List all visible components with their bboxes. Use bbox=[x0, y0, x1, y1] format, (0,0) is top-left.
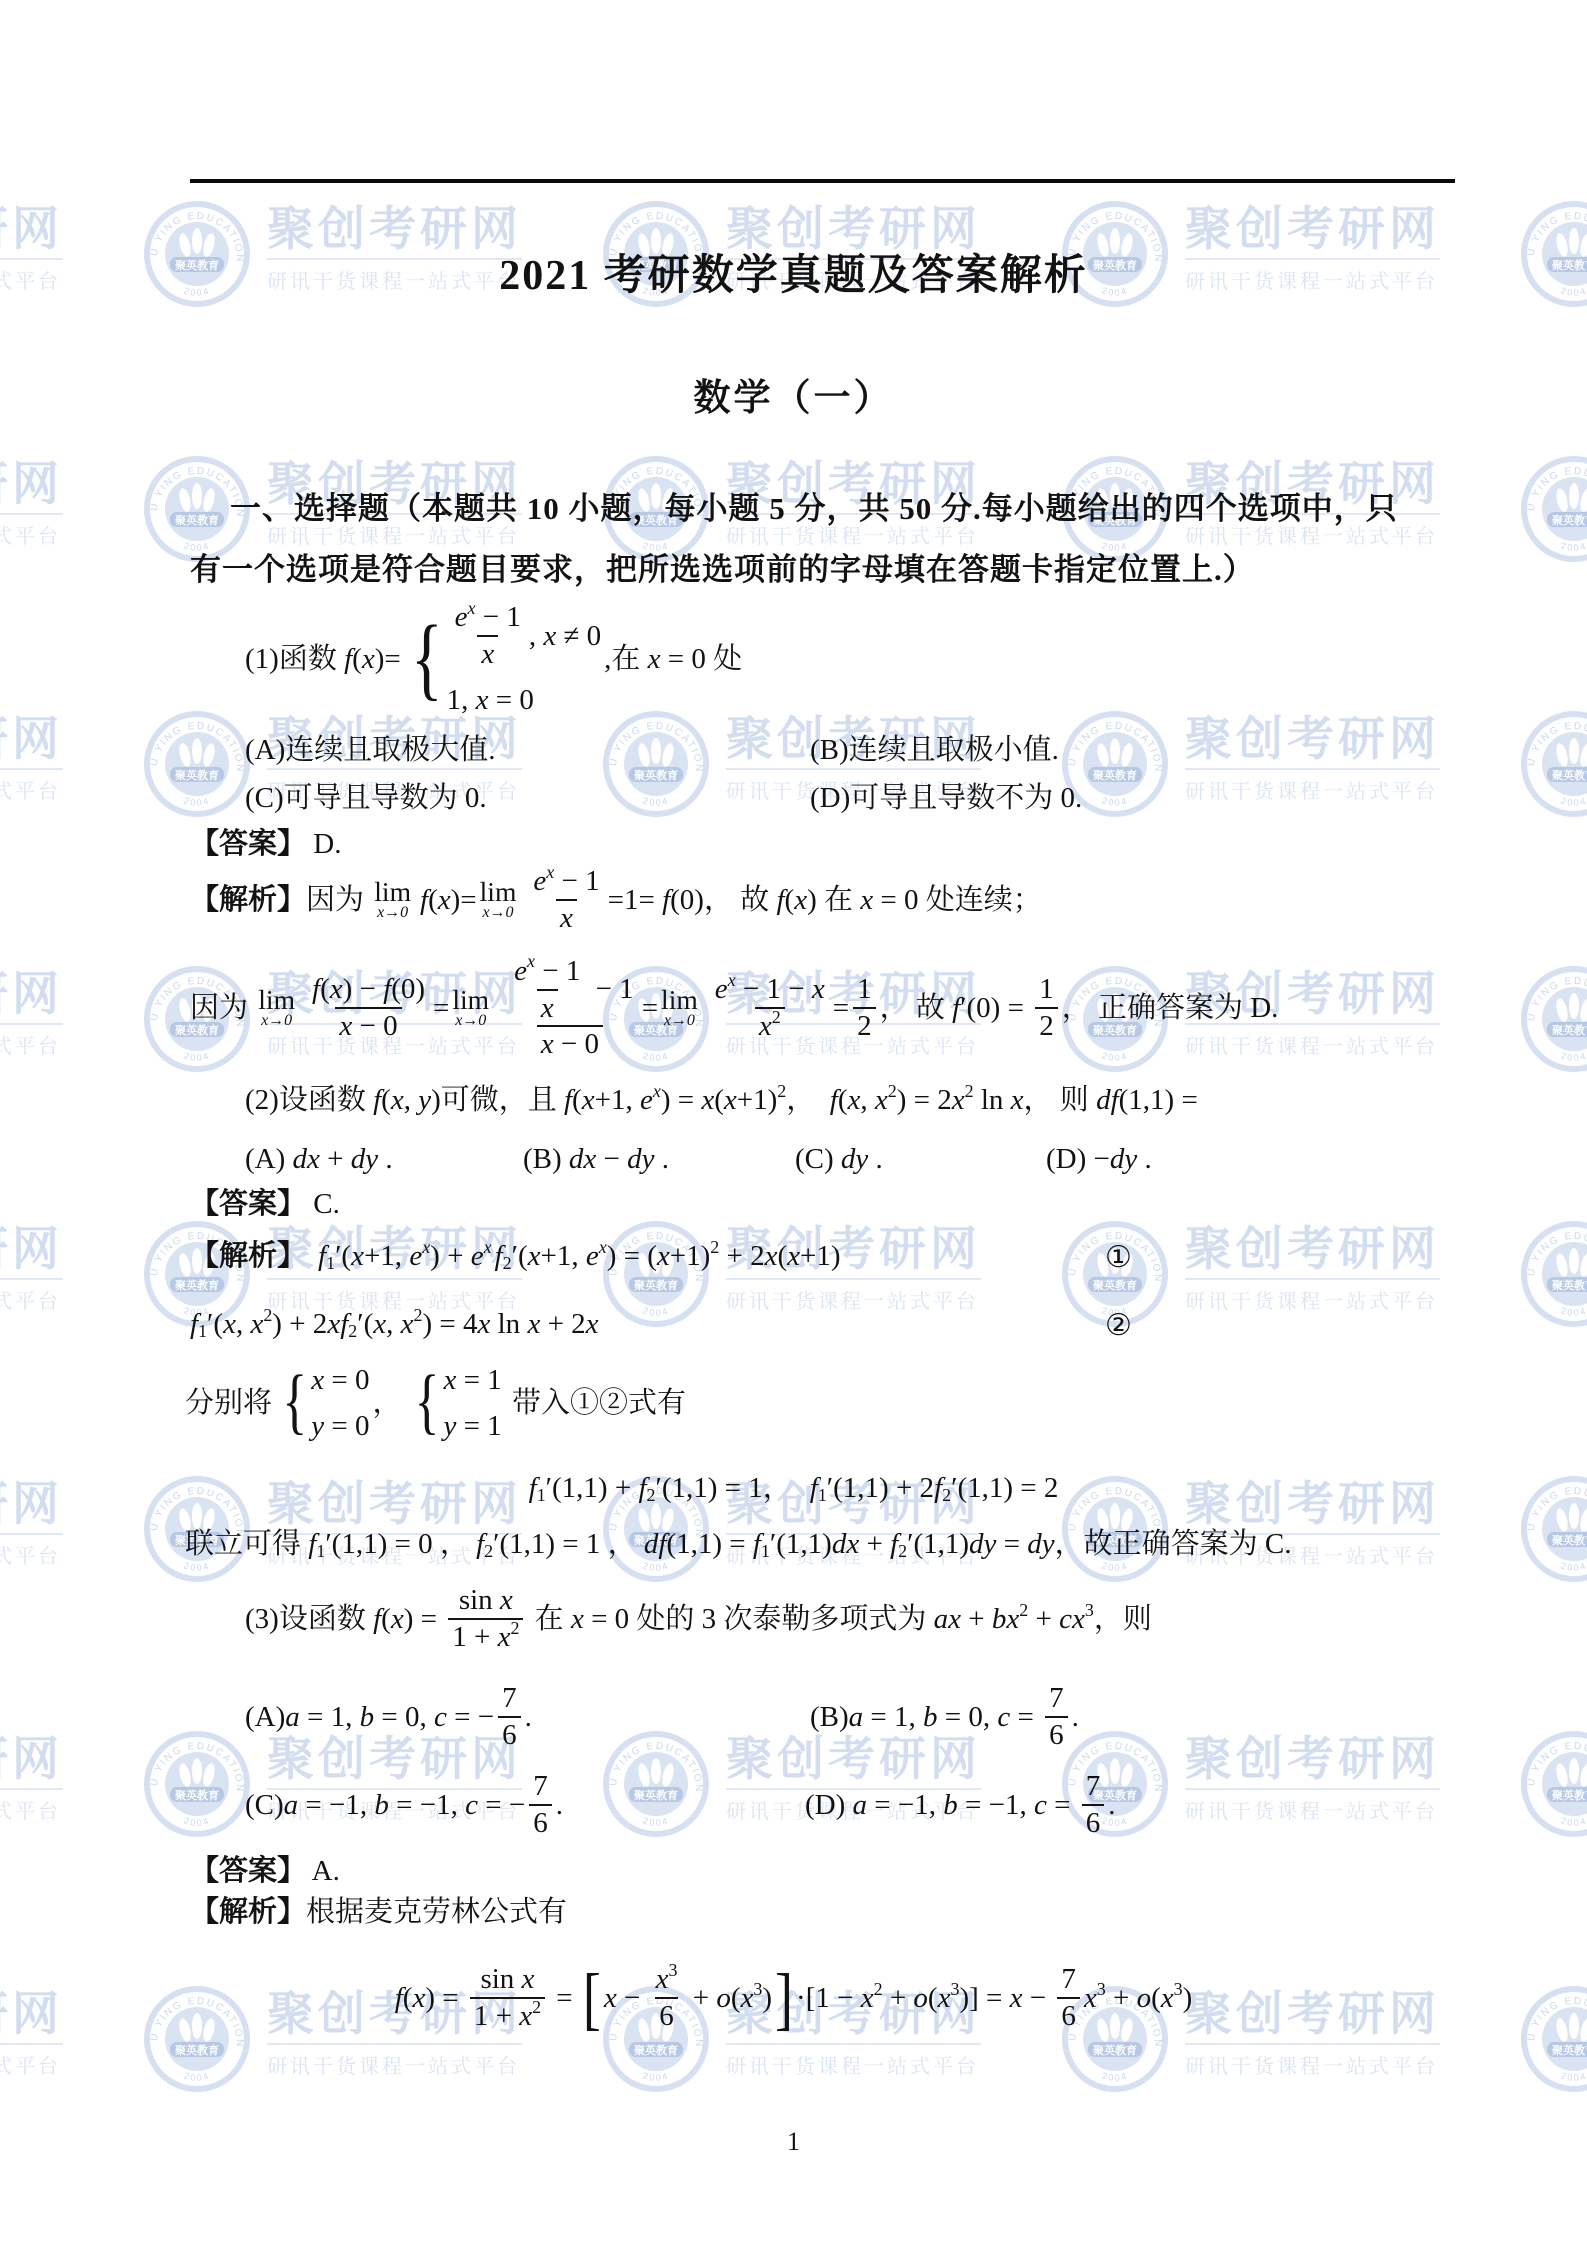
q3-maclaurin-formula: f(x) = sin x1 + x2 = [x − x36 + o(x3)]·[… bbox=[0, 1954, 1587, 2042]
page-number: 1 bbox=[0, 2126, 1587, 2159]
q3-option-a: (A)a = 1, b = 0, c = −76. bbox=[245, 1676, 532, 1758]
document-content: 2021 考研数学真题及答案解析 数学（一） 一、选择题（本题共 10 小题，每… bbox=[0, 0, 1587, 2245]
q2-conclusion: 联立可得 f1′(1,1) = 0 ， f2′(1,1) = 1 ， df(1,… bbox=[185, 1523, 1292, 1565]
q1-solution-line1: 【解析】因为 limx→0f(x)=limx→0ex − 1x=1= f(0)，… bbox=[190, 864, 1042, 936]
equation-tag-1: ① bbox=[1105, 1240, 1132, 1275]
q3-answer: 【答案】 A. bbox=[190, 1853, 340, 1889]
q3-option-d: (D) a = −1, b = −1, c = 76. bbox=[805, 1764, 1115, 1846]
q1-answer: 【答案】 D. bbox=[190, 826, 341, 862]
document-page: 聚创考研网 研讯干货课程一站式平台 聚创考研网 研讯干货课程一站式平台 聚创考研… bbox=[0, 0, 1587, 2245]
q2-option-c: (C) dy . bbox=[795, 1141, 883, 1177]
section-heading-line2: 有一个选项是符合题目要求，把所选选项前的字母填在答题卡指定位置上.） bbox=[190, 551, 1255, 590]
q2-solution-eq1: 【解析】f1′(x+1, ex) + exf2′(x+1, ex) = (x+1… bbox=[190, 1233, 841, 1279]
q3-solution-intro: 【解析】根据麦克劳林公式有 bbox=[190, 1894, 567, 1930]
q2-stem: (2)设函数 f(x, y)可微，且 f(x+1, ex) = x(x+1)2，… bbox=[245, 1078, 1198, 1122]
q2-substitution-line: 分别将 {x = 0y = 0，{x = 1y = 1 带入①②式有 bbox=[185, 1361, 686, 1445]
q3-option-b: (B)a = 1, b = 0, c = 76. bbox=[810, 1676, 1079, 1758]
q2-solution-eq2: f1′(x, x2) + 2xf2′(x, x2) = 4x ln x + 2x bbox=[190, 1301, 599, 1347]
q2-answer: 【答案】 C. bbox=[190, 1186, 340, 1222]
equation-tag-2: ② bbox=[1105, 1308, 1132, 1343]
q2-option-b: (B) dx − dy . bbox=[523, 1141, 669, 1177]
page-title: 2021 考研数学真题及答案解析 bbox=[0, 250, 1587, 303]
q1-option-a: (A)连续且取极大值. bbox=[245, 732, 496, 768]
q1-stem: (1)函数 f(x)= {ex − 1x, x ≠ 01, x = 0,在 x … bbox=[245, 598, 742, 720]
header-rule bbox=[190, 179, 1455, 183]
q1-option-c: (C)可导且导数为 0. bbox=[245, 780, 487, 816]
q2-option-d: (D) −dy . bbox=[1046, 1141, 1152, 1177]
q2-option-a: (A) dx + dy . bbox=[245, 1141, 393, 1177]
q3-option-c: (C)a = −1, b = −1, c = −76. bbox=[245, 1764, 563, 1846]
q1-solution-line2: 因为 limx→0f(x) − f(0)x − 0=limx→0ex − 1x … bbox=[190, 942, 1278, 1074]
q1-option-b: (B)连续且取极小值. bbox=[810, 732, 1059, 768]
page-subtitle: 数学（一） bbox=[0, 376, 1587, 422]
section-heading-line1: 一、选择题（本题共 10 小题，每小题 5 分，共 50 分.每小题给出的四个选… bbox=[230, 490, 1398, 529]
q1-option-d: (D)可导且导数不为 0. bbox=[810, 780, 1082, 816]
q2-mid-equations: f1′(1,1) + f2′(1,1) = 1，f1′(1,1) + 2f2′(… bbox=[0, 1468, 1587, 1508]
q3-stem: (3)设函数 f(x) = sin x1 + x2 在 x = 0 处的 3 次… bbox=[245, 1581, 1152, 1657]
